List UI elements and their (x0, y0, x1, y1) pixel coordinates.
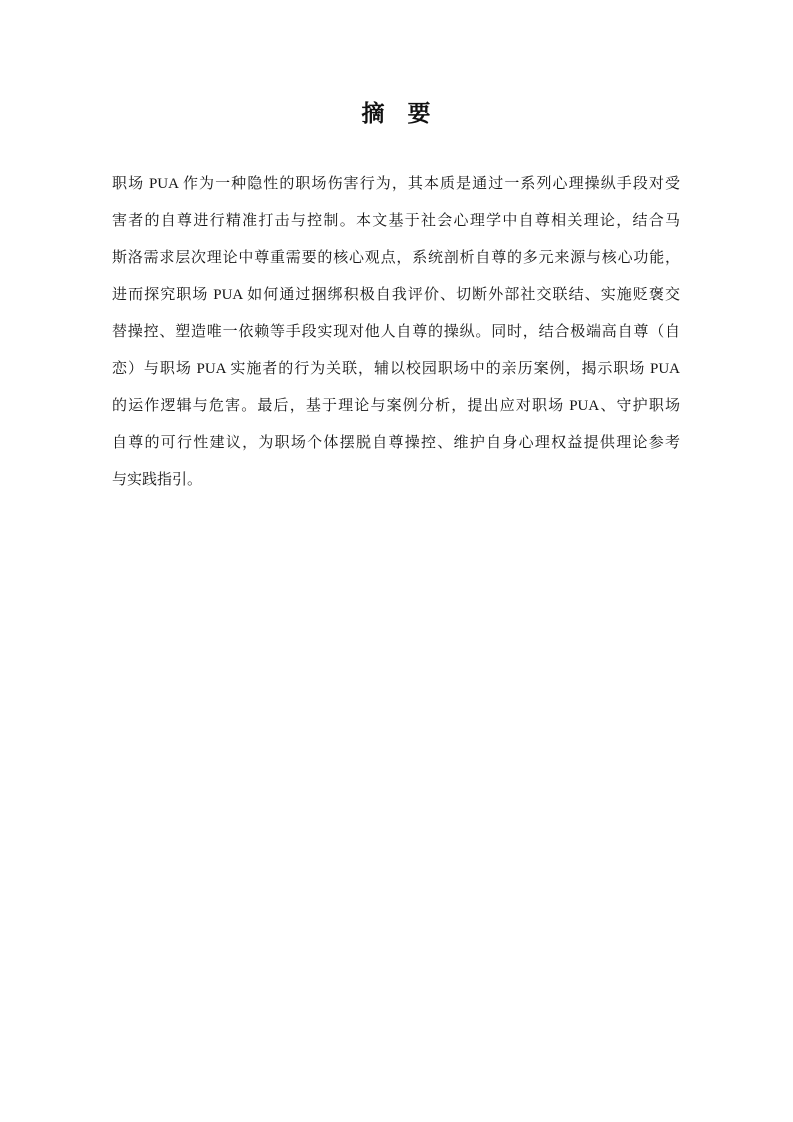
document-page: 摘 要 职场 PUA 作为一种隐性的职场伤害行为，其本质是通过一系列心理操纵手段… (0, 0, 793, 1122)
paragraph-line: 的运作逻辑与危害。最后，基于理论与案例分析，提出应对职场 PUA、守护职场 (112, 388, 680, 425)
paragraph-line: 自尊的可行性建议，为职场个体摆脱自尊操控、维护自身心理权益提供理论参考 (112, 425, 680, 462)
paragraph-line: 职场 PUA 作为一种隐性的职场伤害行为，其本质是通过一系列心理操纵手段对受 (112, 166, 680, 203)
paragraph-line: 斯洛需求层次理论中尊重需要的核心观点，系统剖析自尊的多元来源与核心功能， (112, 240, 680, 277)
paragraph-line: 替操控、塑造唯一依赖等手段实现对他人自尊的操纵。同时，结合极端高自尊（自 (112, 314, 680, 351)
paragraph-line: 恋）与职场 PUA 实施者的行为关联，辅以校园职场中的亲历案例，揭示职场 PUA (112, 351, 680, 388)
abstract-title: 摘 要 (112, 96, 680, 132)
paragraph-line: 进而探究职场 PUA 如何通过捆绑积极自我评价、切断外部社交联结、实施贬褒交 (112, 277, 680, 314)
paragraph-line: 与实践指引。 (112, 462, 680, 499)
abstract-paragraph: 职场 PUA 作为一种隐性的职场伤害行为，其本质是通过一系列心理操纵手段对受 害… (112, 166, 680, 499)
paragraph-line: 害者的自尊进行精准打击与控制。本文基于社会心理学中自尊相关理论，结合马 (112, 203, 680, 240)
